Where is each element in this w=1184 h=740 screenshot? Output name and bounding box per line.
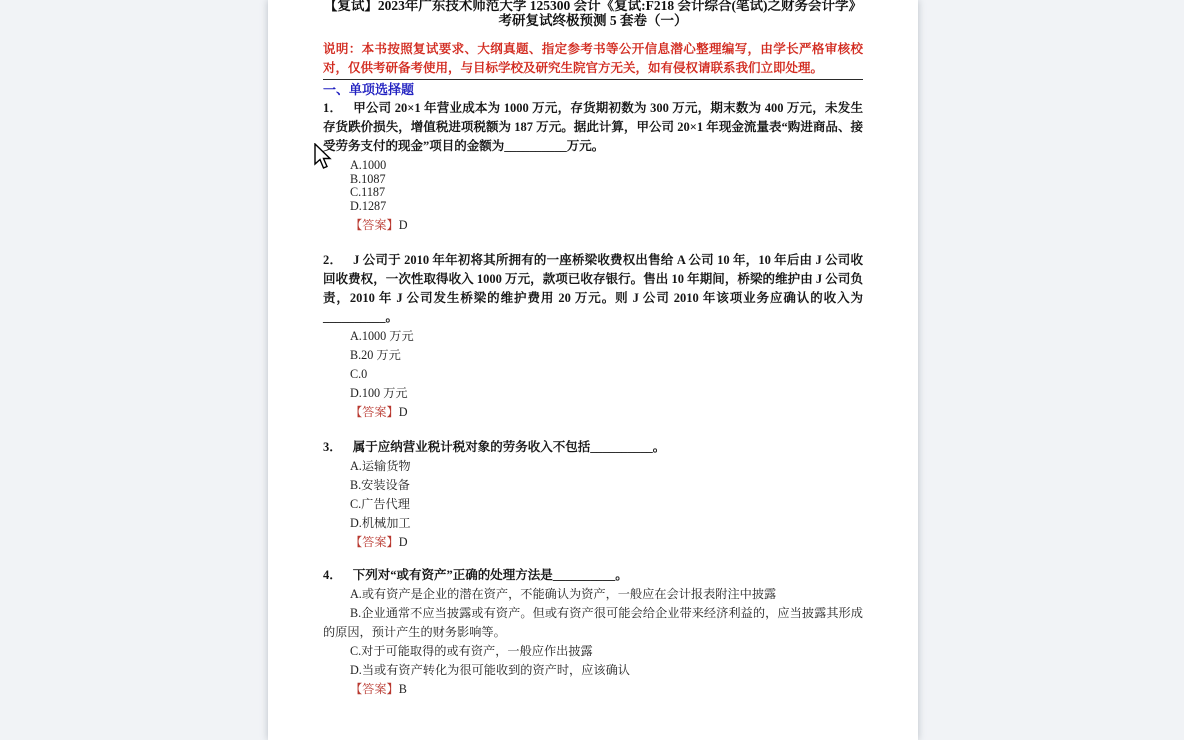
desktop-background: 【复试】2023年广东技术师范大学 125300 会计《复试:F218 会计综合… (0, 0, 1184, 740)
option-c: C.1187 (323, 186, 863, 200)
answer-label: 【答案】 (350, 218, 399, 232)
option-a: A.1000 (323, 159, 863, 173)
options-list: A.运输货物 B.安装设备 C.广告代理 D.机械加工 (323, 457, 863, 533)
option-d: D.机械加工 (323, 514, 863, 533)
question-stem: 3．属于应纳营业税计税对象的劳务收入不包括__________。 (323, 438, 863, 457)
question-block-3: 3．属于应纳营业税计税对象的劳务收入不包括__________。 A.运输货物 … (323, 438, 863, 552)
option-c: C.对于可能取得的或有资产，一般应作出披露 (323, 642, 863, 661)
option-a: A.运输货物 (323, 457, 863, 476)
question-stem: 4．下列对“或有资产”正确的处理方法是__________。 (323, 566, 863, 585)
section-heading: 一、单项选择题 (323, 81, 863, 99)
option-d: D.1287 (323, 200, 863, 214)
question-stem-text: 下列对“或有资产”正确的处理方法是__________。 (353, 568, 628, 582)
option-d: D.100 万元 (323, 384, 863, 403)
question-number: 3． (323, 440, 342, 454)
question-stem-text: 属于应纳营业税计税对象的劳务收入不包括__________。 (353, 440, 666, 454)
option-c: C.广告代理 (323, 495, 863, 514)
question-stem-text: J 公司于 2010 年年初将其所拥有的一座桥梁收费权出售给 A 公司 10 年… (323, 253, 863, 324)
question-number: 1． (323, 101, 342, 115)
disclaimer-text: 说明：本书按照复试要求、大纲真题、指定参考书等公开信息潜心整理编写，由学长严格审… (323, 40, 863, 77)
answer-line: 【答案】D (323, 216, 863, 235)
answer-value: B (399, 682, 407, 696)
answer-line: 【答案】D (323, 403, 863, 422)
question-block-4: 4．下列对“或有资产”正确的处理方法是__________。 A.或有资产是企业… (323, 566, 863, 699)
answer-label: 【答案】 (350, 535, 399, 549)
options-list: A.1000 万元 B.20 万元 C.0 D.100 万元 (323, 327, 863, 403)
document-page: 【复试】2023年广东技术师范大学 125300 会计《复试:F218 会计综合… (268, 0, 918, 740)
answer-value: D (399, 218, 408, 232)
question-number: 2． (323, 253, 342, 267)
answer-line: 【答案】B (323, 680, 863, 699)
option-d: D.当或有资产转化为很可能收到的资产时，应该确认 (323, 661, 863, 680)
answer-label: 【答案】 (350, 682, 399, 696)
question-stem: 1．甲公司 20×1 年营业成本为 1000 万元，存货期初数为 300 万元，… (323, 99, 863, 156)
option-c: C.0 (323, 365, 863, 384)
option-b: B.企业通常不应当披露或有资产。但或有资产很可能会给企业带来经济利益的，应当披露… (323, 604, 863, 642)
question-block-1: 1．甲公司 20×1 年营业成本为 1000 万元，存货期初数为 300 万元，… (323, 99, 863, 235)
divider-line (323, 79, 863, 80)
option-b: B.1087 (323, 173, 863, 187)
answer-value: D (399, 405, 408, 419)
option-a: A.或有资产是企业的潜在资产，不能确认为资产，一般应在会计报表附注中披露 (323, 585, 863, 604)
option-a: A.1000 万元 (323, 327, 863, 346)
option-b: B.20 万元 (323, 346, 863, 365)
options-list: A.或有资产是企业的潜在资产，不能确认为资产，一般应在会计报表附注中披露 B.企… (323, 585, 863, 680)
question-number: 4． (323, 568, 342, 582)
answer-line: 【答案】D (323, 533, 863, 552)
answer-value: D (399, 535, 408, 549)
answer-label: 【答案】 (350, 405, 399, 419)
question-stem: 2．J 公司于 2010 年年初将其所拥有的一座桥梁收费权出售给 A 公司 10… (323, 251, 863, 327)
question-block-2: 2．J 公司于 2010 年年初将其所拥有的一座桥梁收费权出售给 A 公司 10… (323, 251, 863, 422)
question-stem-text: 甲公司 20×1 年营业成本为 1000 万元，存货期初数为 300 万元，期末… (323, 101, 863, 153)
option-b: B.安装设备 (323, 476, 863, 495)
options-list: A.1000 B.1087 C.1187 D.1287 (323, 156, 863, 216)
